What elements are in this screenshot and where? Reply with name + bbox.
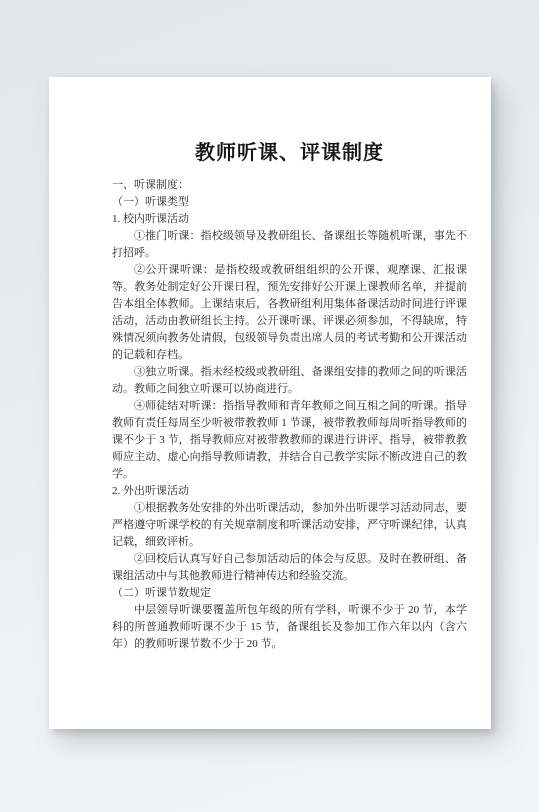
document-paragraph: ④师徒结对听课：指指导教师和青年教师之间互相之间的听课。指导教师有责任每周至少听… (112, 398, 467, 483)
document-title: 教师听课、评课制度 (112, 141, 467, 165)
document-heading-level3: 2. 外出听课活动 (112, 483, 467, 500)
document-heading-level3: 1. 校内听课活动 (112, 211, 467, 228)
document-paragraph: ③独立听课。指未经校级或教研组、备课组安排的教师之间的听课活动。教师之间独立听课… (112, 364, 467, 398)
document-heading-level2: （二）听课节数规定 (112, 585, 467, 602)
document-paragraph: ①推门听课：指校级领导及教研组长、备课组长等随机听课，事先不打招呼。 (112, 228, 467, 262)
document-content: 教师听课、评课制度 一、听课制度： （一）听课类型 1. 校内听课活动 ①推门听… (112, 141, 467, 653)
document-heading-level2: （一）听课类型 (112, 194, 467, 211)
canvas-background: { "document": { "title": "教师听课、评课制度", "p… (0, 0, 539, 812)
document-page: 教师听课、评课制度 一、听课制度： （一）听课类型 1. 校内听课活动 ①推门听… (49, 77, 491, 729)
document-paragraph: ②回校后认真写好自己参加活动后的体会与反思。及时在教研组、备课组活动中与其他教师… (112, 551, 467, 585)
document-paragraph: ①根据教务处安排的外出听课活动，参加外出听课学习活动同志，要严格遵守听课学校的有… (112, 500, 467, 551)
document-paragraph: ②公开课听课：是指校级或教研组组织的公开课、观摩课、汇报课等。教务处制定好公开课… (112, 262, 467, 364)
document-heading-level1: 一、听课制度： (112, 177, 467, 194)
document-paragraph: 中层领导听课要覆盖所包年级的所有学科，听课不少于 20 节，本学科的所普通教师听… (112, 602, 467, 653)
